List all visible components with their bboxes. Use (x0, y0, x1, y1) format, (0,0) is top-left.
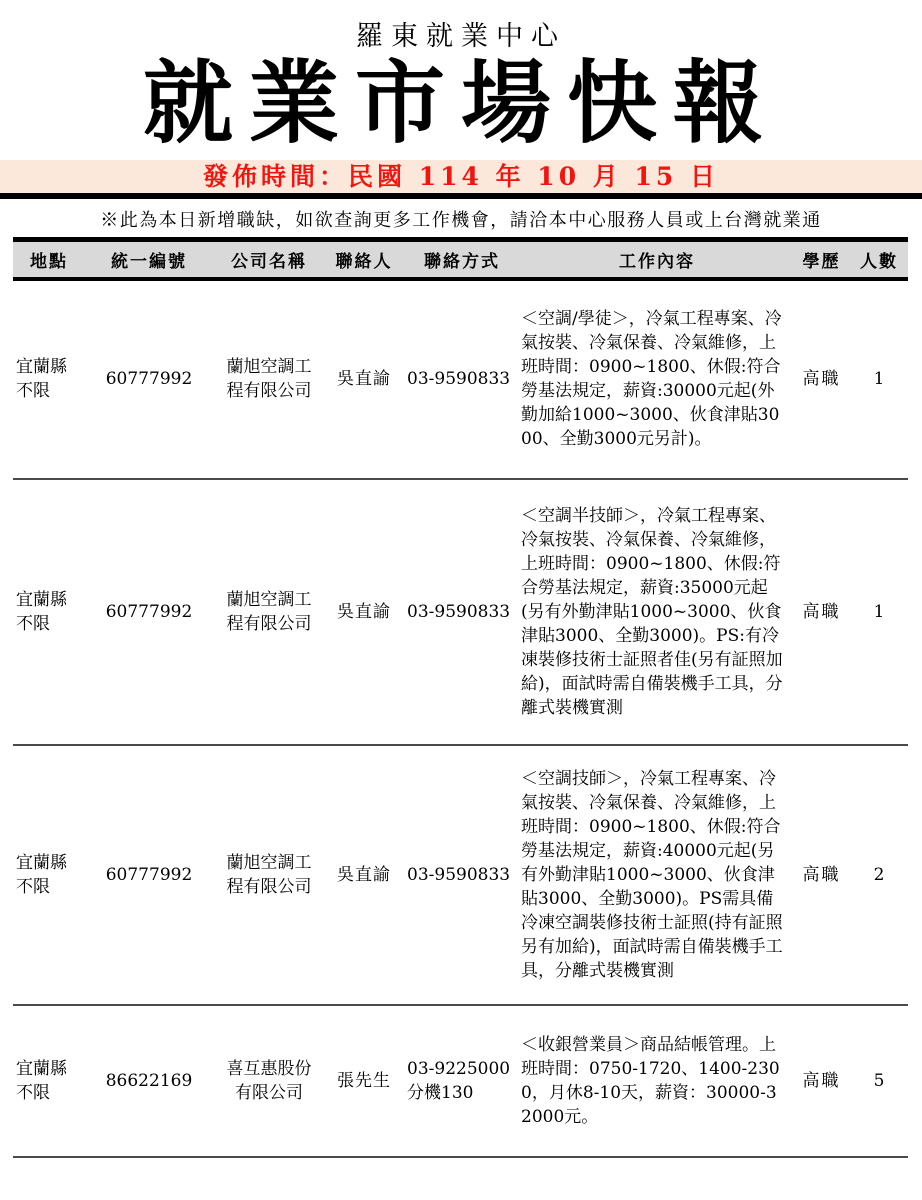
cell-edu: 高職 (793, 479, 850, 745)
cell-company: 蘭旭空調工程有限公司 (213, 745, 325, 1005)
cell-ein: 86622169 (85, 1005, 213, 1157)
table-row: 宜蘭縣不限60777992蘭旭空調工程有限公司吳直諭03-9590833＜空調/… (13, 279, 908, 479)
cell-contact: 吳直諭 (325, 279, 403, 479)
cell-contact: 張先生 (325, 1005, 403, 1157)
table-header-row: 地點統一編號公司名稱聯絡人聯絡方式工作內容學歷人數 (13, 239, 908, 279)
column-header: 統一編號 (85, 239, 213, 279)
cell-ein: 60777992 (85, 279, 213, 479)
table-body: 宜蘭縣不限60777992蘭旭空調工程有限公司吳直諭03-9590833＜空調/… (13, 279, 908, 1157)
column-header: 聯絡人 (325, 239, 403, 279)
cell-contact: 吳直諭 (325, 479, 403, 745)
cell-job: ＜空調/學徒＞，冷氣工程專案、冷氣按裝、冷氣保養、冷氣維修，上班時間：0900~… (521, 279, 793, 479)
notice-text: ※此為本日新增職缺，如欲查詢更多工作機會，請洽本中心服務人員或上台灣就業通 (0, 199, 922, 237)
cell-location: 宜蘭縣不限 (13, 279, 85, 479)
cell-location: 宜蘭縣不限 (13, 1005, 85, 1157)
cell-job: ＜收銀營業員＞商品結帳管理。上班時間：0750-1720、1400-2300，月… (521, 1005, 793, 1157)
column-header: 學歷 (793, 239, 850, 279)
cell-location: 宜蘭縣不限 (13, 479, 85, 745)
job-listings-table: 地點統一編號公司名稱聯絡人聯絡方式工作內容學歷人數 宜蘭縣不限60777992蘭… (13, 237, 908, 1158)
cell-job: ＜空調技師＞，冷氣工程專案、冷氣按裝、冷氣保養、冷氣維修，上班時間：0900~1… (521, 745, 793, 1005)
cell-company: 喜互惠股份有限公司 (213, 1005, 325, 1157)
cell-company: 蘭旭空調工程有限公司 (213, 479, 325, 745)
column-header: 人數 (850, 239, 908, 279)
cell-count: 1 (850, 279, 908, 479)
publish-time-banner: 發佈時間：民國 114 年 10 月 15 日 (0, 160, 922, 193)
cell-ein: 60777992 (85, 479, 213, 745)
table-row: 宜蘭縣不限86622169喜互惠股份有限公司張先生03-9225000分機130… (13, 1005, 908, 1157)
cell-contact: 吳直諭 (325, 745, 403, 1005)
cell-count: 5 (850, 1005, 908, 1157)
column-header: 工作內容 (521, 239, 793, 279)
cell-company: 蘭旭空調工程有限公司 (213, 279, 325, 479)
cell-phone: 03-9225000分機130 (403, 1005, 521, 1157)
cell-edu: 高職 (793, 279, 850, 479)
table-row: 宜蘭縣不限60777992蘭旭空調工程有限公司吳直諭03-9590833＜空調技… (13, 745, 908, 1005)
cell-phone: 03-9590833 (403, 745, 521, 1005)
cell-job: ＜空調半技師＞，冷氣工程專案、冷氣按裝、冷氣保養、冷氣維修，上班時間：0900~… (521, 479, 793, 745)
column-header: 公司名稱 (213, 239, 325, 279)
cell-phone: 03-9590833 (403, 279, 521, 479)
cell-edu: 高職 (793, 745, 850, 1005)
org-name: 羅東就業中心 (0, 0, 922, 53)
cell-edu: 高職 (793, 1005, 850, 1157)
cell-location: 宜蘭縣不限 (13, 745, 85, 1005)
cell-ein: 60777992 (85, 745, 213, 1005)
cell-count: 2 (850, 745, 908, 1005)
column-header: 聯絡方式 (403, 239, 521, 279)
page-title: 就業市場快報 (0, 53, 922, 154)
cell-count: 1 (850, 479, 908, 745)
table-row: 宜蘭縣不限60777992蘭旭空調工程有限公司吳直諭03-9590833＜空調半… (13, 479, 908, 745)
cell-phone: 03-9590833 (403, 479, 521, 745)
column-header: 地點 (13, 239, 85, 279)
bulletin-page: 羅東就業中心 就業市場快報 發佈時間：民國 114 年 10 月 15 日 ※此… (0, 0, 922, 1158)
